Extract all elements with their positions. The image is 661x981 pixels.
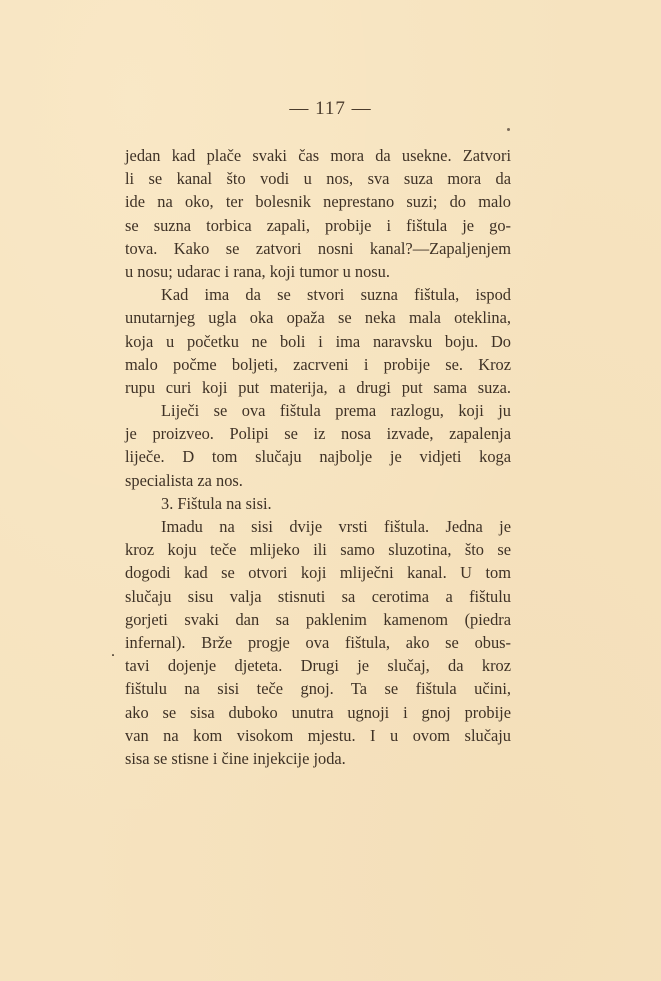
text-line: jedan kad plače svaki čas mora da usekne… bbox=[125, 144, 511, 167]
text-line: liječe. D tom slučaju najbolje je vidjet… bbox=[125, 445, 511, 468]
text-line: koja u početku ne boli i ima naravsku bo… bbox=[125, 330, 511, 353]
text-line: malo počme boljeti, zacrveni i probije s… bbox=[125, 353, 511, 376]
text-line: van na kom visokom mjestu. I u ovom sluč… bbox=[125, 724, 511, 747]
ink-speck bbox=[507, 128, 510, 131]
text-line: li se kanal što vodi u nos, sva suza mor… bbox=[125, 167, 511, 190]
book-page: — 117 — . jedan kad plače svaki čas mora… bbox=[0, 0, 661, 981]
text-line: gorjeti svaki dan sa paklenim kamenom (p… bbox=[125, 608, 511, 631]
section-heading: 3. Fištula na sisi. bbox=[125, 492, 511, 515]
text-line: ako se sisa duboko unutra ugnoji i gnoj … bbox=[125, 701, 511, 724]
paragraph-start-line: Kad ima da se stvori suzna fištula, ispo… bbox=[125, 283, 511, 306]
text-line: tavi dojenje djeteta. Drugi je slučaj, d… bbox=[125, 654, 511, 677]
text-line: specialista za nos. bbox=[125, 469, 511, 492]
text-line: unutarnjeg ugla oka opaža se neka mala o… bbox=[125, 306, 511, 329]
paragraph-start-line: Imadu na sisi dvije vrsti fištula. Jedna… bbox=[125, 515, 511, 538]
page-number: — 117 — bbox=[0, 98, 661, 120]
text-line: tova. Kako se zatvori nosni kanal?—Zapal… bbox=[125, 237, 511, 260]
body-text: jedan kad plače svaki čas mora da usekne… bbox=[125, 144, 511, 770]
text-line: u nosu; udarac i rana, koji tumor u nosu… bbox=[125, 260, 511, 283]
text-line: ide na oko, ter bolesnik neprestano suzi… bbox=[125, 190, 511, 213]
text-line: kroz koju teče mlijeko ili samo sluzotin… bbox=[125, 538, 511, 561]
text-line: slučaju sisu valja stisnuti sa cerotima … bbox=[125, 585, 511, 608]
text-line: infernal). Brže progje ova fištula, ako … bbox=[125, 631, 511, 654]
text-line: se suzna torbica zapali, probije i fištu… bbox=[125, 214, 511, 237]
paragraph-start-line: Liječi se ova fištula prema razlogu, koj… bbox=[125, 399, 511, 422]
margin-mark: . bbox=[111, 643, 115, 661]
text-line: rupu curi koji put materija, a drugi put… bbox=[125, 376, 511, 399]
text-line: fištulu na sisi teče gnoj. Ta se fištula… bbox=[125, 677, 511, 700]
text-line: dogodi kad se otvori koji mliječni kanal… bbox=[125, 561, 511, 584]
text-line: je proizveo. Polipi se iz nosa izvade, z… bbox=[125, 422, 511, 445]
text-line: sisa se stisne i čine injekcije joda. bbox=[125, 747, 511, 770]
